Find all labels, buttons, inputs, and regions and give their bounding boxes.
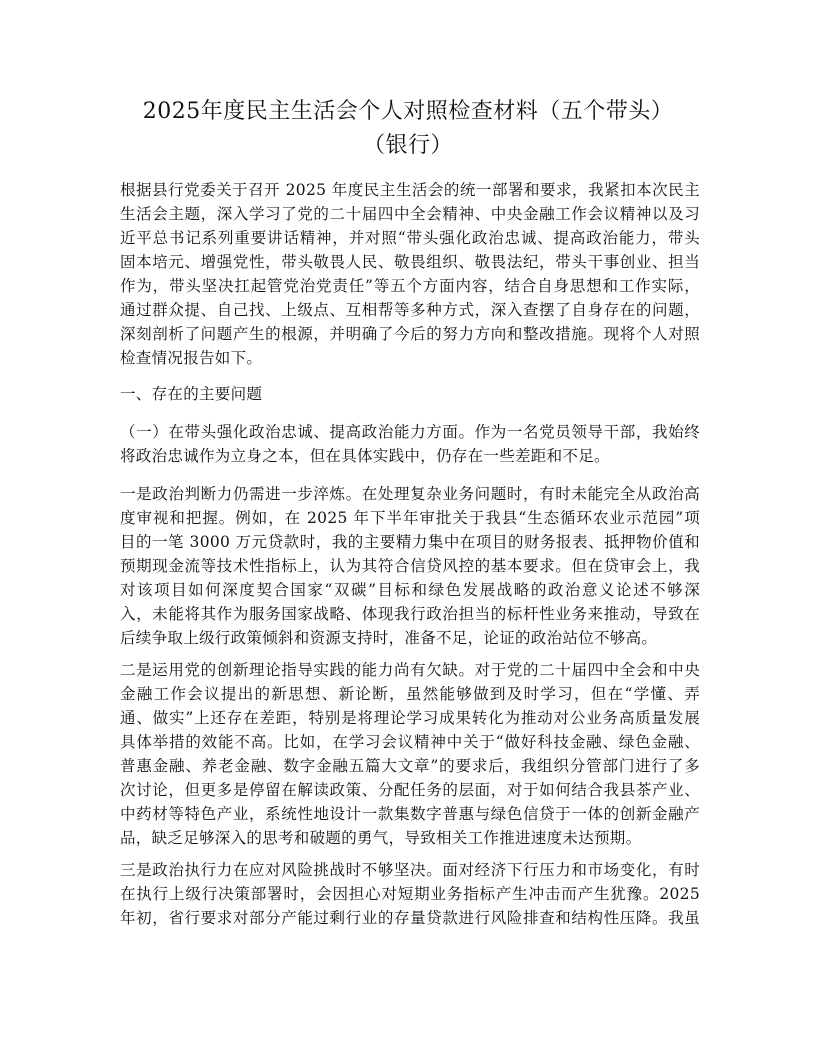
paragraph-line: 度审视和把握。例如，在 2025 年下半年审批关于我县“生态循环农业示范园”项 bbox=[120, 506, 700, 530]
paragraph-line: （一）在带头强化政治忠诚、提高政治能力方面。作为一名党员领导干部，我始终 bbox=[120, 420, 700, 444]
paragraph-line: 金融工作会议提出的新思想、新论断，虽然能够做到及时学习，但在“学懂、弄 bbox=[120, 682, 700, 706]
paragraph-line: 根据县行党委关于召开 2025 年度民主生活会的统一部署和要求，我紧扣本次民主 bbox=[120, 178, 700, 202]
paragraph-line: 次讨论，但更多是停留在解读政策、分配任务的层面，对于如何结合我县茶产业、 bbox=[120, 778, 700, 802]
paragraph-line: 后续争取上级行政策倾斜和资源支持时，准备不足，论证的政治站位不够高。 bbox=[120, 626, 700, 650]
paragraph-line: 检查情况报告如下。 bbox=[120, 346, 700, 370]
point-one-paragraph: 一是政治判断力仍需进一步淬炼。在处理复杂业务问题时，有时未能完全从政治高 度审视… bbox=[120, 482, 700, 650]
intro-paragraph: 根据县行党委关于召开 2025 年度民主生活会的统一部署和要求，我紧扣本次民主 … bbox=[120, 178, 700, 370]
paragraph-line: 通、做实”上还存在差距，特别是将理论学习成果转化为推动对公业务高质量发展 bbox=[120, 706, 700, 730]
paragraph-line: 深刻剖析了问题产生的根源，并明确了今后的努力方向和整改措施。现将个人对照 bbox=[120, 322, 700, 346]
paragraph-line: 年初，省行要求对部分产能过剩行业的存量贷款进行风险排查和结构性压降。我虽 bbox=[120, 906, 700, 930]
paragraph-line: 预期现金流等技术性指标上，认为其符合信贷风控的基本要求。但在贷审会上，我 bbox=[120, 554, 700, 578]
point-three-paragraph: 三是政治执行力在应对风险挑战时不够坚决。面对经济下行压力和市场变化，有时 在执行… bbox=[120, 858, 700, 930]
document-page: 2025年度民主生活会个人对照检查材料（五个带头） （银行） 根据县行党委关于召… bbox=[0, 0, 816, 1056]
paragraph-line: 入，未能将其作为服务国家战略、体现我行政治担当的标杆性业务来推动，导致在 bbox=[120, 602, 700, 626]
document-subtitle: （银行） bbox=[0, 130, 816, 162]
paragraph-line: 生活会主题，深入学习了党的二十届四中全会精神、中央金融工作会议精神以及习 bbox=[120, 202, 700, 226]
paragraph-line: 近平总书记系列重要讲话精神，并对照“带头强化政治忠诚、提高政治能力，带头 bbox=[120, 226, 700, 250]
paragraph-line: 中药材等特色产业，系统性地设计一款集数字普惠与绿色信贷于一体的创新金融产 bbox=[120, 802, 700, 826]
paragraph-line: 目的一笔 3000 万元贷款时，我的主要精力集中在项目的财务报表、抵押物价值和 bbox=[120, 530, 700, 554]
subsection-paragraph: （一）在带头强化政治忠诚、提高政治能力方面。作为一名党员领导干部，我始终 将政治… bbox=[120, 420, 700, 468]
paragraph-line: 二是运用党的创新理论指导实践的能力尚有欠缺。对于党的二十届四中全会和中央 bbox=[120, 658, 700, 682]
paragraph-line: 品，缺乏足够深入的思考和破题的勇气，导致相关工作推进速度未达预期。 bbox=[120, 826, 700, 850]
document-title: 2025年度民主生活会个人对照检查材料（五个带头） bbox=[0, 96, 816, 128]
paragraph-line: 具体举措的效能不高。比如，在学习会议精神中关于“做好科技金融、绿色金融、 bbox=[120, 730, 700, 754]
paragraph-line: 固本培元、增强党性，带头敬畏人民、敬畏组织、敬畏法纪，带头干事创业、担当 bbox=[120, 250, 700, 274]
paragraph-line: 作为，带头坚决扛起管党治党责任”等五个方面内容，结合自身思想和工作实际， bbox=[120, 274, 700, 298]
section-heading: 一、存在的主要问题 bbox=[120, 382, 700, 406]
point-two-paragraph: 二是运用党的创新理论指导实践的能力尚有欠缺。对于党的二十届四中全会和中央 金融工… bbox=[120, 658, 700, 850]
paragraph-line: 普惠金融、养老金融、数字金融五篇大文章”的要求后，我组织分管部门进行了多 bbox=[120, 754, 700, 778]
paragraph-line: 在执行上级行决策部署时，会因担心对短期业务指标产生冲击而产生犹豫。2025 bbox=[120, 882, 700, 906]
paragraph-line: 三是政治执行力在应对风险挑战时不够坚决。面对经济下行压力和市场变化，有时 bbox=[120, 858, 700, 882]
paragraph-line: 将政治忠诚作为立身之本，但在具体实践中，仍存在一些差距和不足。 bbox=[120, 444, 700, 468]
paragraph-line: 对该项目如何深度契合国家“双碳”目标和绿色发展战略的政治意义论述不够深 bbox=[120, 578, 700, 602]
paragraph-line: 通过群众提、自己找、上级点、互相帮等多种方式，深入查摆了自身存在的问题， bbox=[120, 298, 700, 322]
paragraph-line: 一是政治判断力仍需进一步淬炼。在处理复杂业务问题时，有时未能完全从政治高 bbox=[120, 482, 700, 506]
section-heading-text: 一、存在的主要问题 bbox=[120, 382, 700, 406]
